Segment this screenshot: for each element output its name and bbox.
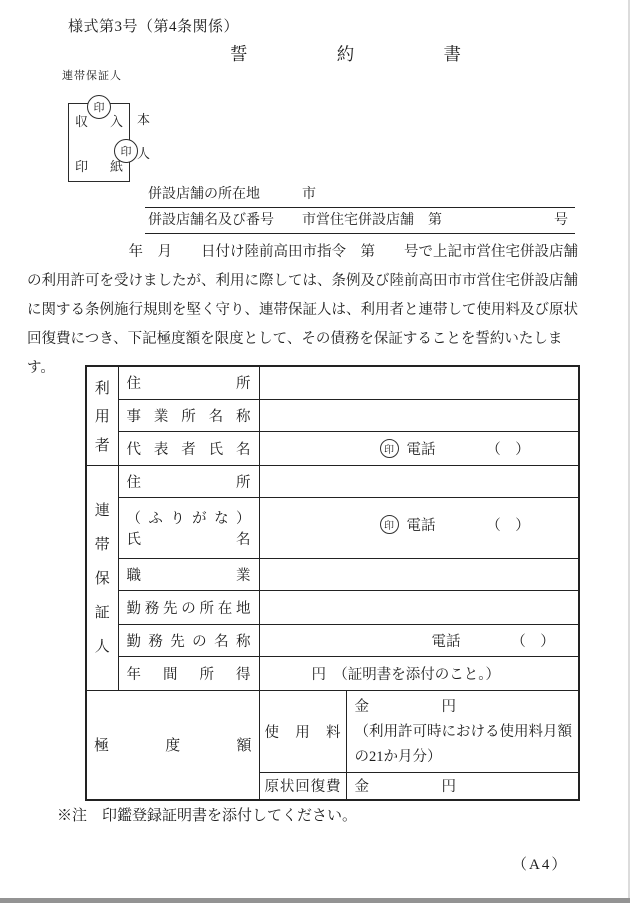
paragraph-line: 回復費につき、下記極度額を限度として、その債務を保証することを誓約いたしま [27,325,587,354]
guarantor-caption: 連帯保証人 [62,67,122,83]
restoration-cost-cell: 原状回復費 [259,772,346,800]
paper-size-label: （A4） [512,853,568,874]
guarantor-job-label: 職業 [119,564,259,585]
group-label-user: 利用者 [87,370,118,462]
limit-amount-label: 極度額 [87,734,259,755]
workplace-name-value: 電話 （ ） [259,624,579,656]
usage-fee-label: 使用料 [260,721,346,742]
user-office-label: 事業所名称 [119,405,259,426]
fee-amount-field: 金 円 [355,695,574,720]
group-cell-user: 利用者 [86,366,118,465]
pledge-table: 利用者 住所 事業所名称 代表者氏名 印 電話 （ ） [85,365,580,801]
table-row: 職業 [86,558,579,590]
label-cell-workplace-name: 勤務先の名称 [118,624,259,656]
paragraph-line: 年 月 日付け陸前高田市指令 第 号で上記市営住宅併設店舗 [27,238,587,267]
user-representative-label: 代表者氏名 [119,438,259,459]
usage-fee-cell: 使用料 [259,690,346,772]
footer-note: ※注 印鑑登録証明書を添付してください。 [57,804,357,825]
workplace-address-label: 勤務先の所在地 [119,597,259,618]
workplace-name-label: 勤務先の名称 [119,630,259,651]
page-edge-bottom [0,898,630,903]
fee-note: （利用許可時における使用料月額の21か月分） [355,720,574,770]
group-label-guarantor: 連帯保証人 [87,503,118,653]
user-address-value [259,366,579,399]
label-cell-user-office: 事業所名称 [118,399,259,431]
furigana-label: （ふりがな） [119,507,259,528]
table-row: 勤務先の所在地 [86,590,579,624]
table-row: 勤務先の名称 電話 （ ） [86,624,579,656]
annual-income-value: 円 （証明書を添付のこと。） [259,656,579,690]
label-cell-guarantor-name: （ふりがな） 氏名 [118,497,259,558]
user-address-label: 住所 [119,372,259,393]
label-cell-user-representative: 代表者氏名 [118,431,259,465]
paragraph-line: に関する条例施行規則を堅く守り、連帯保証人は、利用者と連帯して使用料及び原状 [27,296,587,325]
principal-label-top: 本 [137,109,150,128]
table-row: （ふりがな） 氏名 印 電話 （ ） [86,497,579,558]
phone-field: 電話 （ ） [260,630,579,651]
store-location-line: 併設店舗の所在地 市 [145,184,575,208]
income-field: 円 （証明書を添付のこと。） [260,663,579,684]
annual-income-label: 年間所得 [119,663,259,684]
pledge-paragraph: 年 月 日付け陸前高田市指令 第 号で上記市営住宅併設店舗 の利用許可を受けまし… [27,238,587,383]
seal-stamp-icon: 印 [87,95,111,119]
table-row: 代表者氏名 印 電話 （ ） [86,431,579,465]
phone-field: 電話 （ ） [407,514,530,535]
usage-fee-value: 金 円 （利用許可時における使用料月額の21か月分） [346,690,579,772]
guarantor-name-label: 氏名 [119,528,259,549]
restoration-cost-value: 金 円 [346,772,579,800]
guarantor-address-value [259,465,579,497]
label-cell-guarantor-address: 住所 [118,465,259,497]
store-name-number-line: 併設店舗名及び番号 市営住宅併設店舗 第 号 [145,210,575,234]
form-number: 様式第3号（第4条関係） [68,15,239,36]
restore-amount-field: 金 円 [347,775,579,796]
user-representative-value: 印 電話 （ ） [259,431,579,465]
label-cell-user-address: 住所 [118,366,259,399]
table-row: 極度額 使用料 金 円 （利用許可時における使用料月額の21か月分） [86,690,579,772]
paragraph-line: の利用許可を受けましたが、利用に際しては、条例及び陸前高田市市営住宅併設店舗 [27,267,587,296]
principal-label-bottom: 人 [137,143,150,162]
table-row: 連帯保証人 住所 [86,465,579,497]
table-row: 事業所名称 [86,399,579,431]
guarantor-name-value: 印 電話 （ ） [259,497,579,558]
restoration-cost-label: 原状回復費 [260,775,346,796]
seal-stamp-icon: 印 [114,139,138,163]
table-row: 年間所得 円 （証明書を添付のこと。） [86,656,579,690]
label-cell-guarantor-job: 職業 [118,558,259,590]
group-cell-guarantor: 連帯保証人 [86,465,118,690]
label-cell-annual-income: 年間所得 [118,656,259,690]
pledge-form-page: 様式第3号（第4条関係） 誓約書 連帯保証人 収入 印紙 印 印 本 人 併設店… [0,0,630,903]
label-cell-workplace-address: 勤務先の所在地 [118,590,259,624]
workplace-address-value [259,590,579,624]
table-row: 利用者 住所 [86,366,579,399]
limit-amount-cell: 極度額 [86,690,259,800]
seal-icon: 印 [380,515,399,534]
page-title: 誓約書 [230,41,461,66]
guarantor-address-label: 住所 [119,471,259,492]
guarantor-job-value [259,558,579,590]
phone-field: 電話 （ ） [407,438,530,459]
user-office-value [259,399,579,431]
seal-icon: 印 [380,439,399,458]
